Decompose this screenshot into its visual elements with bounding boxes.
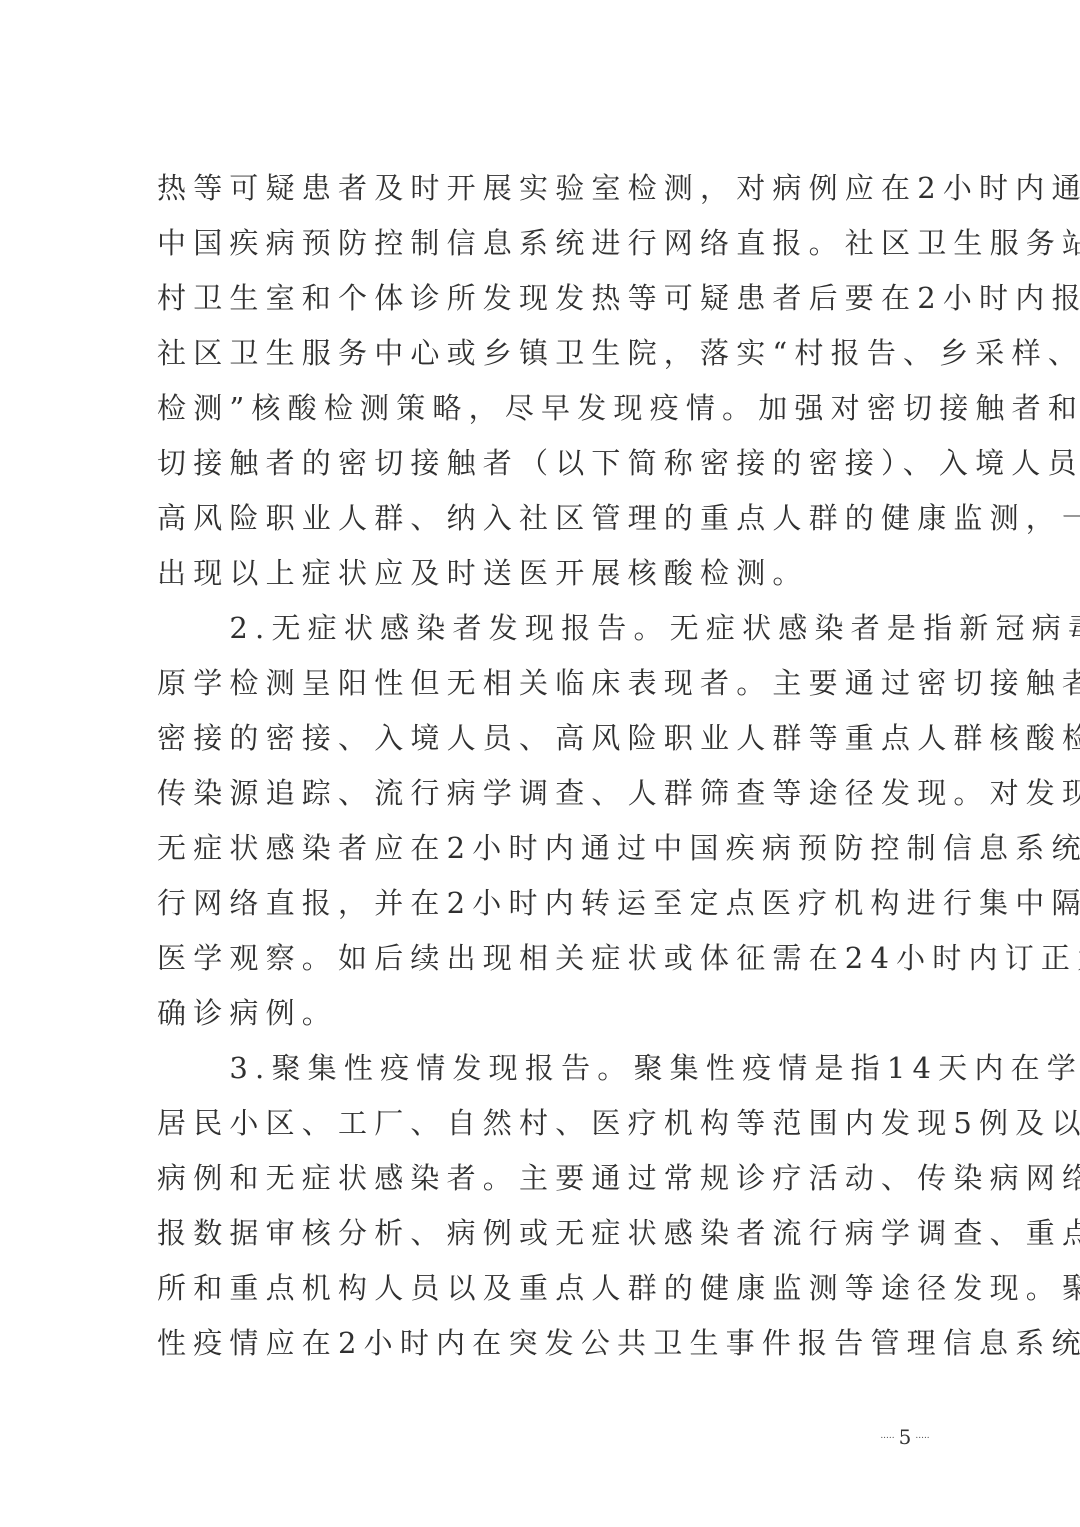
text-line: 行网络直报，并在2小时内转运至定点医疗机构进行集中隔离 xyxy=(157,883,947,923)
text-line: 热等可疑患者及时开展实验室检测，对病例应在2小时内通过 xyxy=(157,168,947,208)
text-line: 医学观察。如后续出现相关症状或体征需在24小时内订正为 xyxy=(157,938,947,978)
paragraph-heading-line: 3.聚集性疫情发现报告。聚集性疫情是指14天内在学校、 xyxy=(157,1048,947,1088)
text-line: 原学检测呈阳性但无相关临床表现者。主要通过密切接触者和 xyxy=(157,663,947,703)
text-line: 报数据审核分析、病例或无症状感染者流行病学调查、重点场 xyxy=(157,1213,947,1253)
text-line: 性疫情应在2小时内在突发公共卫生事件报告管理信息系统网 xyxy=(157,1323,947,1363)
page-number-left-dots: ····· xyxy=(880,1434,894,1444)
text-line: 病例和无症状感染者。主要通过常规诊疗活动、传染病网络直 xyxy=(157,1158,947,1198)
text-line: 社区卫生服务中心或乡镇卫生院，落实“村报告、乡采样、县 xyxy=(157,333,947,373)
text-line: 出现以上症状应及时送医开展核酸检测。 xyxy=(157,553,947,593)
page-number: ·····5····· xyxy=(870,1422,940,1452)
document-page: 热等可疑患者及时开展实验室检测，对病例应在2小时内通过 中国疾病预防控制信息系统… xyxy=(0,0,1080,1527)
text-line: 确诊病例。 xyxy=(157,993,947,1033)
text-line: 传染源追踪、流行病学调查、人群筛查等途径发现。对发现的 xyxy=(157,773,947,813)
text-line: 中国疾病预防控制信息系统进行网络直报。社区卫生服务站、 xyxy=(157,223,947,263)
text-line: 所和重点机构人员以及重点人群的健康监测等途径发现。聚集 xyxy=(157,1268,947,1308)
text-line: 居民小区、工厂、自然村、医疗机构等范围内发现5例及以上 xyxy=(157,1103,947,1143)
text-line: 无症状感染者应在2小时内通过中国疾病预防控制信息系统进 xyxy=(157,828,947,868)
text-line: 高风险职业人群、纳入社区管理的重点人群的健康监测，一旦 xyxy=(157,498,947,538)
text-line: 村卫生室和个体诊所发现发热等可疑患者后要在2小时内报告 xyxy=(157,278,947,318)
text-line: 检测”核酸检测策略，尽早发现疫情。加强对密切接触者和密 xyxy=(157,388,947,428)
page-number-value: 5 xyxy=(899,1425,912,1449)
text-line: 切接触者的密切接触者（以下简称密接的密接）、入境人员、 xyxy=(157,443,947,483)
text-line: 密接的密接、入境人员、高风险职业人群等重点人群核酸检测、 xyxy=(157,718,947,758)
paragraph-heading-line: 2.无症状感染者发现报告。无症状感染者是指新冠病毒病 xyxy=(157,608,947,648)
page-number-right-dots: ····· xyxy=(915,1434,929,1444)
